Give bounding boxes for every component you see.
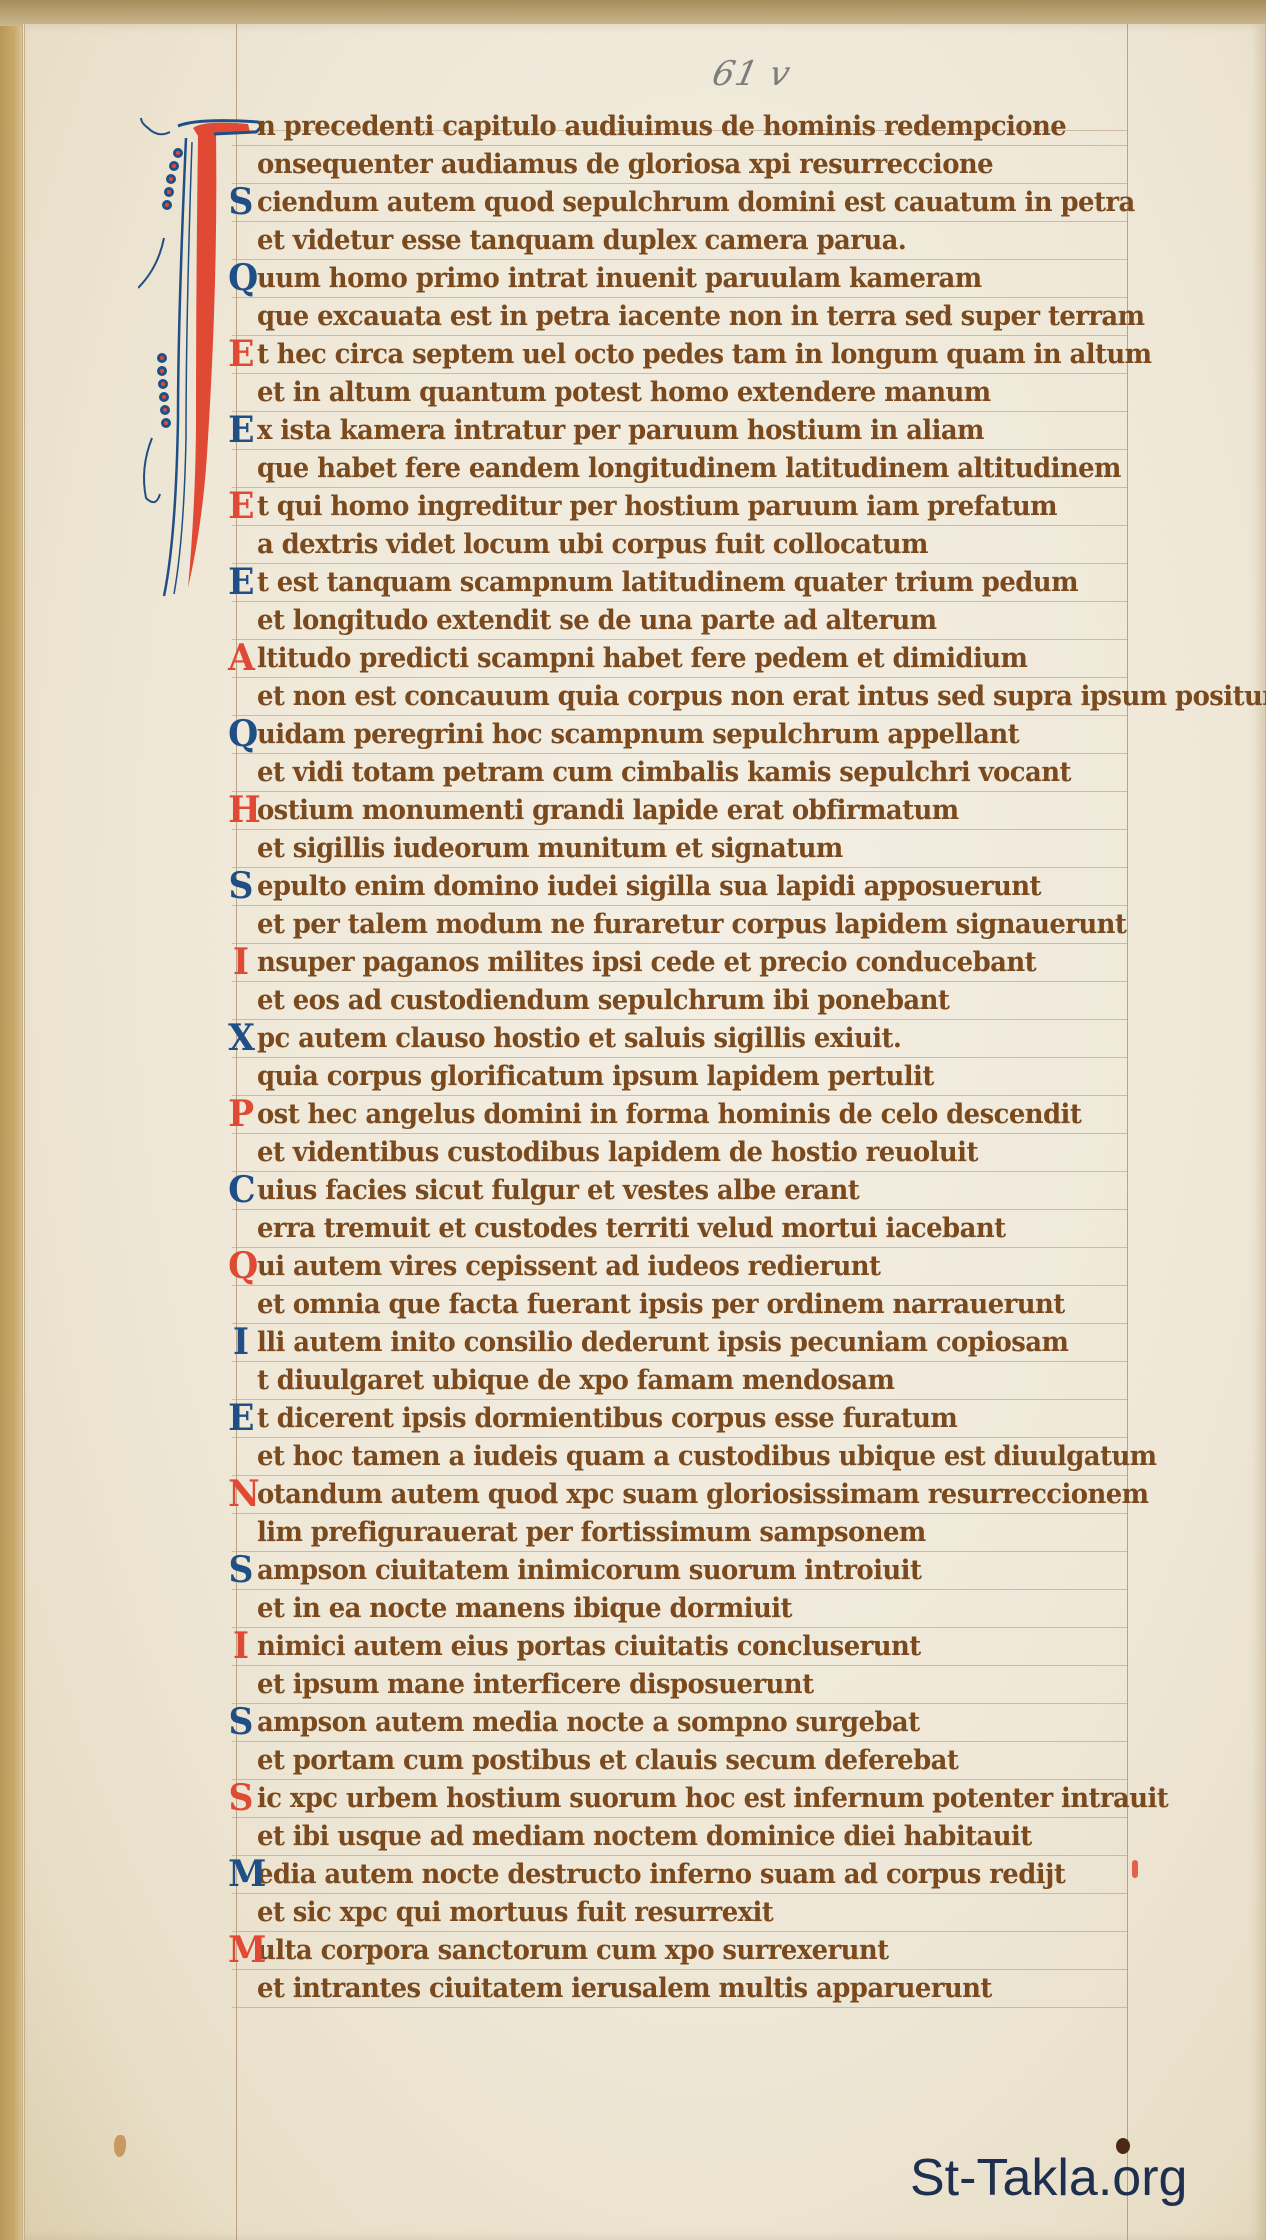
line-text: t est tanquam scampnum latitudinem quate… — [232, 567, 1078, 598]
text-line: et per talem modum ne furaretur corpus l… — [232, 906, 1126, 944]
text-line: Media autem nocte destructo inferno suam… — [232, 1856, 1065, 1894]
line-text: ampson ciuitatem inimicorum suorum intro… — [232, 1555, 921, 1586]
text-line: Sic xpc urbem hostium suorum hoc est inf… — [232, 1780, 1168, 1818]
blue-initial: E — [228, 1398, 253, 1438]
text-line: Multa corpora sanctorum cum xpo surrexer… — [232, 1932, 889, 1970]
text-line: et ipsum mane interficere disposuerunt — [232, 1666, 813, 1704]
line-text: uidam peregrini hoc scampnum sepulchrum … — [232, 719, 1019, 750]
red-initial: I — [228, 942, 253, 982]
line-text: epulto enim domino iudei sigilla sua lap… — [232, 871, 1041, 902]
text-line: et sic xpc qui mortuus fuit resurrexit — [232, 1894, 773, 1932]
text-line: et non est concauum quia corpus non erat… — [232, 678, 1266, 716]
blue-initial: S — [228, 1550, 253, 1590]
text-line: Qui autem vires cepissent ad iudeos redi… — [232, 1248, 880, 1286]
line-text: lli autem inito consilio dederunt ipsis … — [232, 1327, 1068, 1358]
line-text: et longitudo extendit se de una parte ad… — [232, 605, 937, 636]
text-line: et in ea nocte manens ibique dormiuit — [232, 1590, 792, 1628]
text-line: et videtur esse tanquam duplex camera pa… — [232, 222, 906, 260]
blue-initial: S — [228, 866, 253, 906]
line-text: lim prefigurauerat per fortissimum samps… — [232, 1517, 926, 1548]
text-line: Et hec circa septem uel octo pedes tam i… — [232, 336, 1152, 374]
line-text: que habet fere eandem longitudinem latit… — [232, 453, 1121, 484]
blue-initial: X — [228, 1018, 253, 1058]
text-line: Quum homo primo intrat inuenit paruulam … — [232, 260, 982, 298]
line-text: uius facies sicut fulgur et vestes albe … — [232, 1175, 859, 1206]
blue-initial: I — [228, 1322, 253, 1362]
line-text: a dextris videt locum ubi corpus fuit co… — [232, 529, 928, 560]
text-line: et in altum quantum potest homo extender… — [232, 374, 991, 412]
line-text: que excauata est in petra iacente non in… — [232, 301, 1144, 332]
text-line: Sciendum autem quod sepulchrum domini es… — [232, 184, 1135, 222]
line-text: et omnia que facta fuerant ipsis per ord… — [232, 1289, 1065, 1320]
text-line: que habet fere eandem longitudinem latit… — [232, 450, 1121, 488]
line-text: et portam cum postibus et clauis secum d… — [232, 1745, 958, 1776]
text-line: Post hec angelus domini in forma hominis… — [232, 1096, 1081, 1134]
line-text: edia autem nocte destructo inferno suam … — [232, 1859, 1065, 1890]
line-text: ui autem vires cepissent ad iudeos redie… — [232, 1251, 880, 1282]
text-line: et sigillis iudeorum munitum et signatum — [232, 830, 843, 868]
text-line: n precedenti capitulo audiuimus de homin… — [232, 108, 1066, 146]
text-line: Inimici autem eius portas ciuitatis conc… — [232, 1628, 921, 1666]
text-line: Altitudo predicti scampni habet fere ped… — [232, 640, 1027, 678]
line-text: et eos ad custodiendum sepulchrum ibi po… — [232, 985, 949, 1016]
line-text: ampson autem media nocte a sompno surgeb… — [232, 1707, 920, 1738]
line-text: otandum autem quod xpc suam gloriosissim… — [232, 1479, 1149, 1510]
text-line: Xpc autem clauso hostio et saluis sigill… — [232, 1020, 901, 1058]
blue-initial: C — [228, 1170, 253, 1210]
text-line: Et dicerent ipsis dormientibus corpus es… — [232, 1400, 957, 1438]
line-text: et videntibus custodibus lapidem de host… — [232, 1137, 978, 1168]
line-text: et ipsum mane interficere disposuerunt — [232, 1669, 813, 1700]
line-text: et per talem modum ne furaretur corpus l… — [232, 909, 1126, 940]
red-initial: N — [228, 1474, 253, 1514]
red-initial: H — [228, 790, 253, 830]
text-line: Illi autem inito consilio dederunt ipsis… — [232, 1324, 1068, 1362]
text-line: que excauata est in petra iacente non in… — [232, 298, 1144, 336]
text-line: et hoc tamen a iudeis quam a custodibus … — [232, 1438, 1157, 1476]
line-text: et videtur esse tanquam duplex camera pa… — [232, 225, 906, 256]
blue-initial: E — [228, 410, 253, 450]
text-line: Olim prefigurauerat per fortissimum samp… — [232, 1514, 926, 1552]
line-text: et hoc tamen a iudeis quam a custodibus … — [232, 1441, 1157, 1472]
text-line: et intrantes ciuitatem ierusalem multis … — [232, 1970, 992, 2008]
text-line: et vidi totam petram cum cimbalis kamis … — [232, 754, 1071, 792]
folio-number: 61 v — [709, 54, 795, 94]
line-text: et in altum quantum potest homo extender… — [232, 377, 991, 408]
line-text: et in ea nocte manens ibique dormiuit — [232, 1593, 792, 1624]
text-line: Et qui homo ingreditur per hostium paruu… — [232, 488, 1057, 526]
line-text: et intrantes ciuitatem ierusalem multis … — [232, 1973, 992, 2004]
text-line: Vt diuulgaret ubique de xpo famam mendos… — [232, 1362, 894, 1400]
binding-top-edge — [0, 0, 1266, 26]
blue-initial: M — [228, 1854, 253, 1894]
text-line: et ibi usque ad mediam noctem dominice d… — [232, 1818, 1032, 1856]
line-text: quia corpus glorificatum ipsum lapidem p… — [232, 1061, 934, 1092]
text-line: et longitudo extendit se de una parte ad… — [232, 602, 937, 640]
red-margin-mark — [1132, 1860, 1138, 1878]
text-line: a dextris videt locum ubi corpus fuit co… — [232, 526, 928, 564]
red-initial: I — [228, 1626, 253, 1666]
red-initial: E — [228, 334, 253, 374]
text-line: Terra tremuit et custodes territi velud … — [232, 1210, 1005, 1248]
line-text: et vidi totam petram cum cimbalis kamis … — [232, 757, 1071, 788]
text-line: Ex ista kamera intratur per paruum hosti… — [232, 412, 984, 450]
red-initial: M — [228, 1930, 253, 1970]
blue-initial: S — [228, 1702, 253, 1742]
line-text: et non est concauum quia corpus non erat… — [232, 681, 1266, 712]
red-initial: E — [228, 486, 253, 526]
text-line: Et est tanquam scampnum latitudinem quat… — [232, 564, 1078, 602]
line-text: ulta corpora sanctorum cum xpo surrexeru… — [232, 1935, 889, 1966]
line-text: nimici autem eius portas ciuitatis concl… — [232, 1631, 921, 1662]
line-text: uum homo primo intrat inuenit paruulam k… — [232, 263, 982, 294]
site-watermark: St-Takla.org — [910, 2148, 1187, 2208]
line-text: nsuper paganos milites ipsi cede et prec… — [232, 947, 1036, 978]
line-text: x ista kamera intratur per paruum hostiu… — [232, 415, 984, 446]
blue-initial: Q — [228, 714, 253, 754]
red-initial: P — [228, 1094, 253, 1134]
line-text: ltitudo predicti scampni habet fere pede… — [232, 643, 1027, 674]
text-line: Insuper paganos milites ipsi cede et pre… — [232, 944, 1036, 982]
text-line: Sampson autem media nocte a sompno surge… — [232, 1704, 920, 1742]
text-line: Sampson ciuitatem inimicorum suorum intr… — [232, 1552, 921, 1590]
blue-initial: Q — [228, 258, 253, 298]
text-line: Notandum autem quod xpc suam gloriosissi… — [232, 1476, 1149, 1514]
text-line: Hostium monumenti grandi lapide erat obf… — [232, 792, 959, 830]
text-line: et portam cum postibus et clauis secum d… — [232, 1742, 958, 1780]
text-line: et eos ad custodiendum sepulchrum ibi po… — [232, 982, 949, 1020]
line-text: t hec circa septem uel octo pedes tam in… — [232, 339, 1152, 370]
text-line: quia corpus glorificatum ipsum lapidem p… — [232, 1058, 934, 1096]
line-text: t diuulgaret ubique de xpo famam mendosa… — [232, 1365, 894, 1396]
red-initial: Q — [228, 1246, 253, 1286]
text-line: Sepulto enim domino iudei sigilla sua la… — [232, 868, 1041, 906]
red-initial: A — [228, 638, 253, 678]
line-text: onsequenter audiamus de gloriosa xpi res… — [232, 149, 993, 180]
line-text: n precedenti capitulo audiuimus de homin… — [232, 111, 1066, 142]
text-line: Consequenter audiamus de gloriosa xpi re… — [232, 146, 993, 184]
line-text: pc autem clauso hostio et saluis sigilli… — [232, 1023, 901, 1054]
blue-initial: E — [228, 562, 253, 602]
blue-initial: S — [228, 182, 253, 222]
red-initial: S — [228, 1778, 253, 1818]
line-text: ost hec angelus domini in forma hominis … — [232, 1099, 1081, 1130]
line-text: erra tremuit et custodes territi velud m… — [232, 1213, 1005, 1244]
line-text: et ibi usque ad mediam noctem dominice d… — [232, 1821, 1032, 1852]
line-text: ostium monumenti grandi lapide erat obfi… — [232, 795, 959, 826]
text-line: Cuius facies sicut fulgur et vestes albe… — [232, 1172, 859, 1210]
line-text: t qui homo ingreditur per hostium paruum… — [232, 491, 1057, 522]
line-text: t dicerent ipsis dormientibus corpus ess… — [232, 1403, 957, 1434]
line-text: ic xpc urbem hostium suorum hoc est infe… — [232, 1783, 1168, 1814]
line-text: ciendum autem quod sepulchrum domini est… — [232, 187, 1135, 218]
text-line: et omnia que facta fuerant ipsis per ord… — [232, 1286, 1065, 1324]
line-text: et sic xpc qui mortuus fuit resurrexit — [232, 1897, 773, 1928]
line-text: et sigillis iudeorum munitum et signatum — [232, 833, 843, 864]
text-line: Quidam peregrini hoc scampnum sepulchrum… — [232, 716, 1019, 754]
text-line: et videntibus custodibus lapidem de host… — [232, 1134, 978, 1172]
